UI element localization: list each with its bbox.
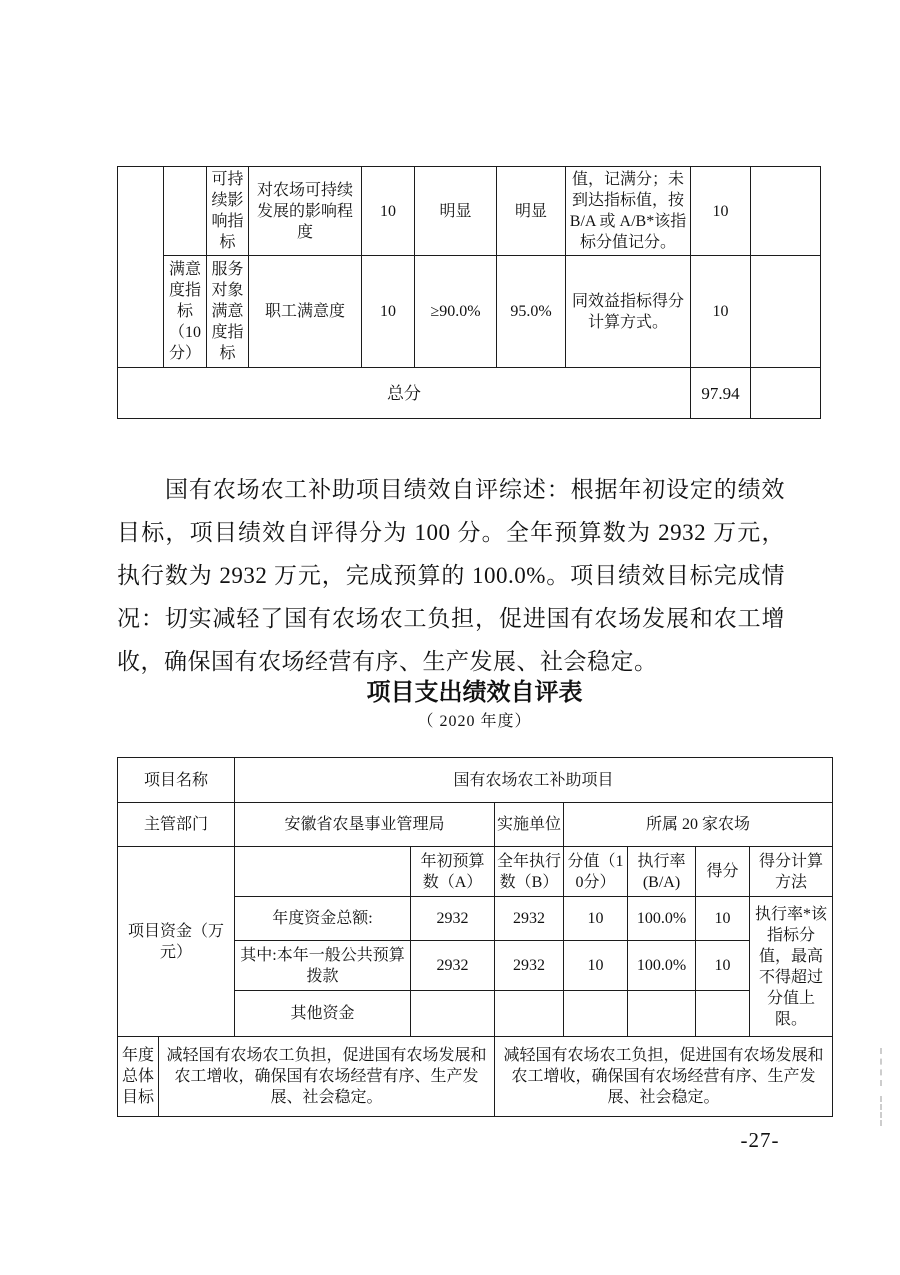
page-number: -27-	[700, 1128, 820, 1153]
cell-funding-weight	[564, 991, 628, 1037]
cell-indicator: 职工满意度	[249, 256, 362, 368]
indicator-table: 可持续影响指标 对农场可持续发展的影响程度 10 明显 明显 值，记满分；未到达…	[117, 166, 821, 419]
cell-header-score: 得分	[696, 847, 750, 897]
cell-category: 满意度指标（10分）	[164, 256, 207, 368]
cell-scoring-rule: 值，记满分；未到达指标值，按 B/A 或 A/B*该指标分值记分。	[566, 167, 691, 256]
cell-funding-rate: 100.0%	[628, 897, 696, 941]
eval-table-wrap: 项目名称 国有农场农工补助项目 主管部门 安徽省农垦事业管理局 实施单位 所属 …	[117, 757, 834, 1117]
cell-subcategory: 服务对象满意度指标	[207, 256, 249, 368]
cell-subcategory: 可持续影响指标	[207, 167, 249, 256]
cell-funding-budget: 2932	[411, 897, 495, 941]
cell-funding-executed: 2932	[495, 897, 564, 941]
cell-remark	[751, 256, 821, 368]
cell-header-budget: 年初预算数（A）	[411, 847, 495, 897]
cell-score: 10	[691, 167, 751, 256]
cell-funding-row-label: 其中:本年一般公共预算拨款	[235, 941, 411, 991]
cell-total-remark	[751, 368, 821, 419]
cell-funding-row-label: 年度资金总额:	[235, 897, 411, 941]
cell-header-rate: 执行率(B/A)	[628, 847, 696, 897]
cell-funding-budget	[411, 991, 495, 1037]
cell-method-text: 执行率*该指标分值，最高不得超过分值上限。	[750, 897, 833, 1037]
cell-funding-executed	[495, 991, 564, 1037]
cell-funding-weight: 10	[564, 941, 628, 991]
cell-total-score: 97.94	[691, 368, 751, 419]
cell-funding-rate	[628, 991, 696, 1037]
cell-project-name-value: 国有农场农工补助项目	[235, 758, 833, 803]
cell-implementer-label: 实施单位	[495, 803, 564, 847]
document-page: 可持续影响指标 对农场可持续发展的影响程度 10 明显 明显 值，记满分；未到达…	[0, 0, 900, 1275]
cell-funding-weight: 10	[564, 897, 628, 941]
cell-target-value: 明显	[415, 167, 497, 256]
summary-paragraph: 国有农场农工补助项目绩效自评综述：根据年初设定的绩效目标，项目绩效自评得分为 1…	[117, 468, 785, 683]
cell-remark	[751, 167, 821, 256]
cell-total-label: 总分	[118, 368, 691, 419]
cell-header-weight: 分值（10分）	[564, 847, 628, 897]
cell-actual-value: 95.0%	[497, 256, 566, 368]
cell-header-executed: 全年执行数（B）	[495, 847, 564, 897]
cell-funding-score: 10	[696, 897, 750, 941]
cell-annual-goal-label: 年度总体目标	[118, 1037, 159, 1117]
cell-funding-budget: 2932	[411, 941, 495, 991]
cell-funding-row-label: 其他资金	[235, 991, 411, 1037]
eval-table-title: 项目支出绩效自评表	[117, 672, 832, 707]
cell-annual-goal-actual: 减轻国有农场农工负担，促进国有农场发展和农工增收，确保国有农场经营有序、生产发展…	[495, 1037, 833, 1117]
cell-funding-label: 项目资金（万元）	[118, 847, 235, 1037]
cell-scoring-rule: 同效益指标得分计算方式。	[566, 256, 691, 368]
cell-project-name-label: 项目名称	[118, 758, 235, 803]
annual-goal-table: 年度总体目标 减轻国有农场农工负担，促进国有农场发展和农工增收，确保国有农场经营…	[117, 1036, 833, 1117]
cell-header-method: 得分计算方法	[750, 847, 833, 897]
cell-funding-score	[696, 991, 750, 1037]
cell-weight: 10	[362, 167, 415, 256]
cell-department-value: 安徽省农垦事业管理局	[235, 803, 495, 847]
scan-artifact	[880, 1096, 882, 1126]
cell-actual-value: 明显	[497, 167, 566, 256]
eval-table-subtitle: （ 2020 年度）	[117, 708, 832, 731]
cell-implementer-value: 所属 20 家农场	[564, 803, 833, 847]
cell-funding-executed: 2932	[495, 941, 564, 991]
cell-target-value: ≥90.0%	[415, 256, 497, 368]
cell-category-cont	[164, 167, 207, 256]
eval-table: 项目名称 国有农场农工补助项目 主管部门 安徽省农垦事业管理局 实施单位 所属 …	[117, 757, 833, 1037]
cell-indicator-group	[118, 167, 164, 368]
cell-funding-score: 10	[696, 941, 750, 991]
cell-funding-rate: 100.0%	[628, 941, 696, 991]
scan-artifact	[880, 1048, 882, 1086]
cell-funding-header-blank	[235, 847, 411, 897]
cell-indicator: 对农场可持续发展的影响程度	[249, 167, 362, 256]
cell-department-label: 主管部门	[118, 803, 235, 847]
cell-annual-goal-planned: 减轻国有农场农工负担，促进国有农场发展和农工增收，确保国有农场经营有序、生产发展…	[159, 1037, 495, 1117]
cell-score: 10	[691, 256, 751, 368]
cell-weight: 10	[362, 256, 415, 368]
